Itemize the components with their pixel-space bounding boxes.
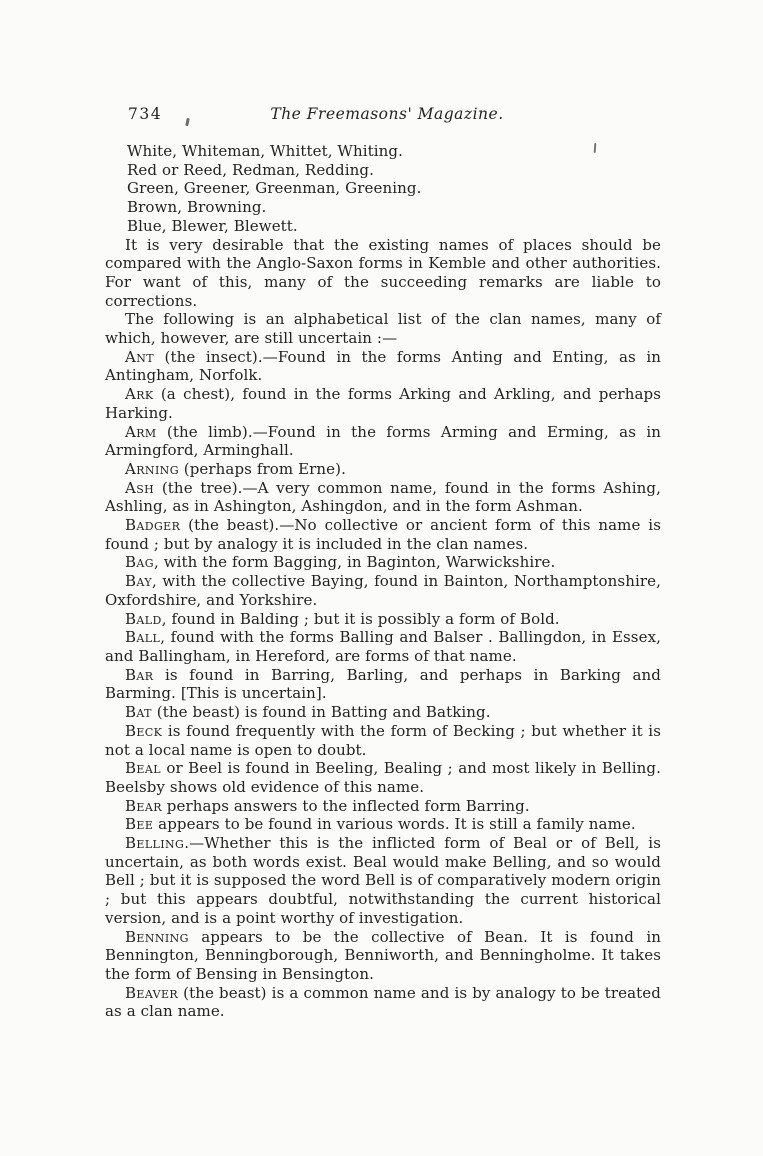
page-header: 734 The Freemasons' Magazine. (105, 103, 661, 125)
magazine-page: 734 The Freemasons' Magazine. White, Whi… (0, 0, 763, 1156)
clan-entry-text: (the limb).—Found in the forms Arming an… (105, 423, 661, 460)
clan-entry-text: appears to be the collective of Bean. It… (105, 928, 661, 983)
clan-entry: Bag, with the form Bagging, in Baginton,… (105, 553, 661, 572)
clan-term: Arning (125, 460, 179, 478)
clan-entry: Beaver (the beast) is a common name and … (105, 984, 661, 1021)
clan-term: Belling (125, 834, 184, 852)
surname-line: Blue, Blewer, Blewett. (105, 217, 661, 236)
clan-entry-text: (the tree).—A very common name, found in… (105, 479, 661, 516)
clan-entry-text: , found with the forms Balling and Balse… (105, 628, 661, 665)
surname-line: White, Whiteman, Whittet, Whiting. (105, 142, 661, 161)
clan-term: Benning (125, 928, 189, 946)
clan-term: Bear (125, 797, 162, 815)
clan-term: Beal (125, 759, 161, 777)
page-body: White, Whiteman, Whittet, Whiting. Red o… (105, 142, 661, 1021)
surname-line: Red or Reed, Redman, Redding. (105, 161, 661, 180)
clan-entry: Bat (the beast) is found in Batting and … (105, 703, 661, 722)
running-title: The Freemasons' Magazine. (105, 103, 661, 125)
clan-entry: Bay, with the collective Baying, found i… (105, 572, 661, 609)
clan-entry-text: (the beast) is found in Batting and Batk… (152, 703, 491, 721)
clan-entry: Belling.—Whether this is the inflicted f… (105, 834, 661, 928)
intro-paragraph: The following is an alphabetical list of… (105, 310, 661, 347)
clan-entry-text: is found in Barring, Barling, and perhap… (105, 666, 661, 703)
clan-entry-text: is found frequently with the form of Bec… (105, 722, 661, 759)
clan-entry-text: , found in Balding ; but it is possibly … (162, 610, 560, 628)
clan-term: Beaver (125, 984, 178, 1002)
clan-term: Ant (125, 348, 154, 366)
clan-term: Badger (125, 516, 180, 534)
clan-entry: Ark (a chest), found in the forms Arking… (105, 385, 661, 422)
clan-entry-text: (perhaps from Erne). (179, 460, 346, 478)
clan-entry: Bear perhaps answers to the inflected fo… (105, 797, 661, 816)
clan-entry: Beal or Beel is found in Beeling, Bealin… (105, 759, 661, 796)
clan-entry: Ball, found with the forms Balling and B… (105, 628, 661, 665)
clan-term: Bar (125, 666, 153, 684)
page-number: 734 (128, 103, 162, 125)
clan-term: Bat (125, 703, 152, 721)
clan-entry-text: .—Whether this is the inflicted form of … (105, 834, 661, 927)
clan-entry-text: (the beast).—No collective or ancient fo… (105, 516, 661, 553)
clan-entry-text: appears to be found in various words. It… (153, 815, 635, 833)
clan-term: Arm (125, 423, 157, 441)
clan-entry: Beck is found frequently with the form o… (105, 722, 661, 759)
clan-entry-text: (the beast) is a common name and is by a… (105, 984, 661, 1021)
clan-entry-text: (a chest), found in the forms Arking and… (105, 385, 661, 422)
clan-term: Ark (125, 385, 154, 403)
clan-entry: Ash (the tree).—A very common name, foun… (105, 479, 661, 516)
clan-entry: Benning appears to be the collective of … (105, 928, 661, 984)
intro-paragraph: It is very desirable that the existing n… (105, 236, 661, 311)
clan-entry-text: perhaps answers to the inflected form Ba… (162, 797, 530, 815)
clan-term: Bee (125, 815, 153, 833)
clan-entry: Arning (perhaps from Erne). (105, 460, 661, 479)
clan-term: Bay (125, 572, 152, 590)
surname-line: Green, Greener, Greenman, Greening. (105, 179, 661, 198)
clan-entry-text: , with the form Bagging, in Baginton, Wa… (154, 553, 555, 571)
clan-term: Bag (125, 553, 154, 571)
clan-term: Ball (125, 628, 160, 646)
clan-term: Bald (125, 610, 162, 628)
clan-entry: Ant (the insect).—Found in the forms Ant… (105, 348, 661, 385)
clan-entry: Bald, found in Balding ; but it is possi… (105, 610, 661, 629)
clan-entry-text: or Beel is found in Beeling, Bealing ; a… (105, 759, 661, 796)
clan-entry-text: (the insect).—Found in the forms Anting … (105, 348, 661, 385)
clan-entry-text: , with the collective Baying, found in B… (105, 572, 661, 609)
clan-entry: Arm (the limb).—Found in the forms Armin… (105, 423, 661, 460)
surname-line: Brown, Browning. (105, 198, 661, 217)
clan-entry: Badger (the beast).—No collective or anc… (105, 516, 661, 553)
clan-term: Beck (125, 722, 162, 740)
clan-entry: Bee appears to be found in various words… (105, 815, 661, 834)
clan-entry: Bar is found in Barring, Barling, and pe… (105, 666, 661, 703)
clan-term: Ash (125, 479, 154, 497)
